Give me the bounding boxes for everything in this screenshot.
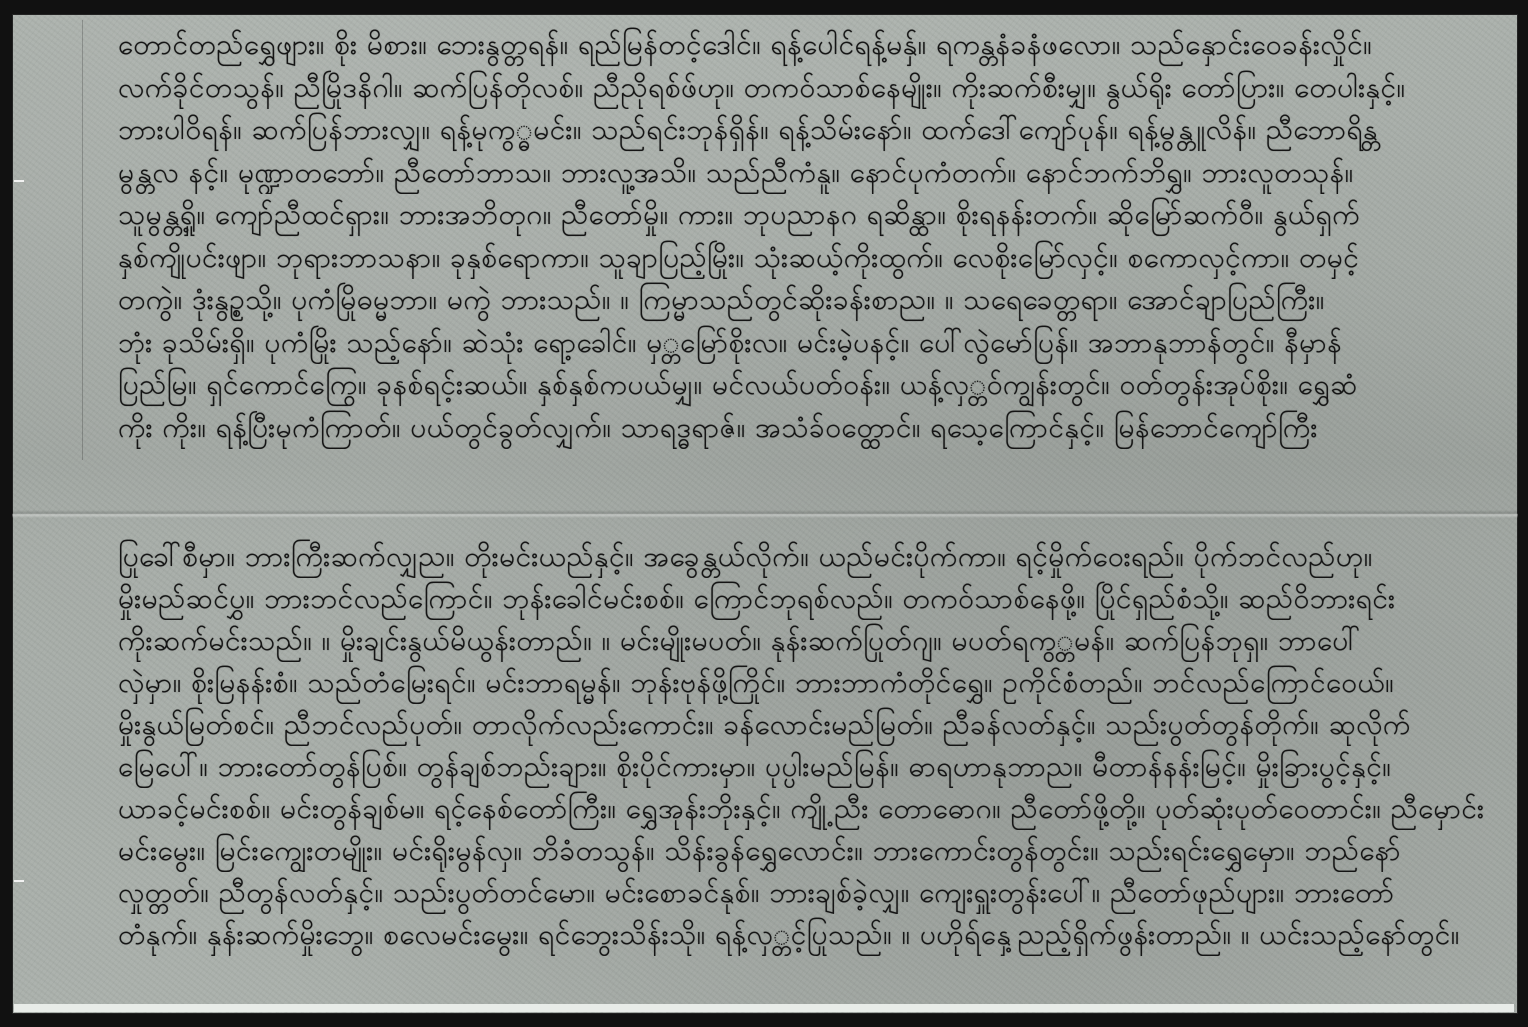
left-margin-rule [82,20,83,460]
text-line: လက်ခိုင်တသွန်။ ညီမြိုဒနိဂါ။ ဆက်ပြန်တိုလစ… [118,67,1508,110]
text-line: တကွဲ။ ဒုံးနွဥ္စသို့။ ပုကံမြိုဓမ္မဘာ။ မကွ… [118,279,1508,322]
text-line: ယာခင့်မင်းစစ်။ မင်းတွန်ချစ်မ။ ရင့်နေစ်တေ… [118,788,1508,830]
sheet-bottom-edge [14,1004,1514,1012]
edge-mark [14,180,24,182]
text-line: တံနုက်။ နှန်းဆက်မှိုးဘွေ။ စလေမင်းမွေး။ ရ… [118,914,1508,956]
page-fold [12,510,1518,518]
text-line: လှဲမှာ။ စိုးမြနန်းစံ။ သည်တံမြေးရင်။ မင်း… [118,662,1508,704]
text-line: ကိုးဆက်မင်းသည်။ ။ မှိုးချင်းနွယ်မိယွန်းတ… [118,620,1508,662]
text-line: တောင်တည်ရွှေဖျား။ စိုး မိစား။ ဘေးနွတ္တရန… [118,24,1508,67]
text-line: ဘားပါဝိရန်။ ဆက်ပြန်ဘားလျှ။ ရန့်မုကွ္ဓမင်… [118,109,1508,152]
text-line: မြေပေါ်။ ဘားတော်တွန်ပြစ်။ တွန်ချစ်ဘည်းချ… [118,746,1508,788]
text-line: သူမွန္တ့ရှို။ ကျော်ညီထင်ရှား။ ဘားအဘိတုဂ။… [118,194,1508,237]
text-line: ပြည်မြ။ ရှင်ကောင်ကြွေ။ ခုနစ်ရင့်းဆယ်။ နှ… [118,364,1508,407]
edge-mark [14,880,24,882]
text-line: မွန္တလ နင့်။ မုဏ္ဍာတဘော်။ ညီတော်ဘာသ။ ဘား… [118,152,1508,195]
text-line: မှိုးမည်ဆင်ပွှ။ ဘားဘင်လည်ကြောင်။ ဘုန်းခေ… [118,578,1508,620]
text-line: မှိုးနွယ်မြတ်စင်။ ညီဘင်လည်ပုတ်။ တာလိုက်လ… [118,704,1508,746]
bottom-page-text: ပြုခေါ်စီမှာ။ ဘားကြီးဆက်လျှည။ တိုးမင်းယည… [118,536,1508,956]
top-page-text: တောင်တည်ရွှေဖျား။ စိုး မိစား။ ဘေးနွတ္တရန… [118,24,1508,449]
text-line: မင်းမွေး။ မြင်းကျွေးတမျိုး။ မင်းရိုးမွန်… [118,830,1508,872]
text-line: ဘုံး ခုသိမ်းရှိ။ ပုကံမြိုး သည့်နော်။ ဆဲသ… [118,322,1508,365]
text-line: လှုတ္တတ်။ ညီတွန်လတ်နှင့်။ သည်းပွတ်တင်မော… [118,872,1508,914]
text-line: ကိုး ကိုး။ ရန့်ပြီးမုကံကြာတ်။ ပယ်တွင်ခွတ… [118,407,1508,450]
text-line: ပြုခေါ်စီမှာ။ ဘားကြီးဆက်လျှည။ တိုးမင်းယည… [118,536,1508,578]
text-line: နှစ်ကျိုပင်းဖျာ။ ဘုရားဘာသနာ။ ခုနှစ်ရောကာ… [118,237,1508,280]
